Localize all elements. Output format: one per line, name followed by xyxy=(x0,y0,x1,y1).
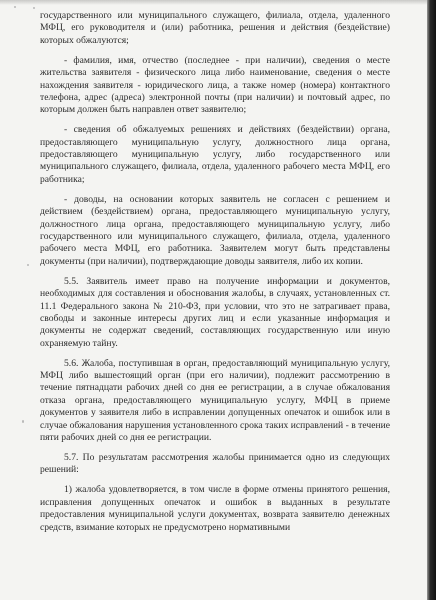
paragraph-5-7: 5.7. По результатам рассмотрения жалобы … xyxy=(40,452,390,477)
paragraph-5-6: 5.6. Жалоба, поступившая в орган, предос… xyxy=(40,358,390,445)
scan-right-border xyxy=(427,0,436,600)
paragraph-arguments: - доводы, на основании которых заявитель… xyxy=(40,194,390,268)
scan-speck xyxy=(33,7,35,9)
paragraph-appealed-decisions: - сведения об обжалуемых решениях и дейс… xyxy=(40,124,390,186)
scan-speck xyxy=(22,420,24,423)
scan-speck xyxy=(14,6,16,8)
paragraph-appeal-subject-continued: государственного или муниципального служ… xyxy=(40,10,390,47)
scan-top-shadow xyxy=(0,0,436,5)
paragraph-applicant-details: - фамилия, имя, отчество (последнее - пр… xyxy=(40,55,390,117)
scan-speck xyxy=(27,264,29,266)
paragraph-decision-1: 1) жалоба удовлетворяется, в том числе в… xyxy=(40,484,390,534)
document-page: государственного или муниципального служ… xyxy=(40,10,390,541)
paragraph-5-5: 5.5. Заявитель имеет право на получение … xyxy=(40,276,390,350)
